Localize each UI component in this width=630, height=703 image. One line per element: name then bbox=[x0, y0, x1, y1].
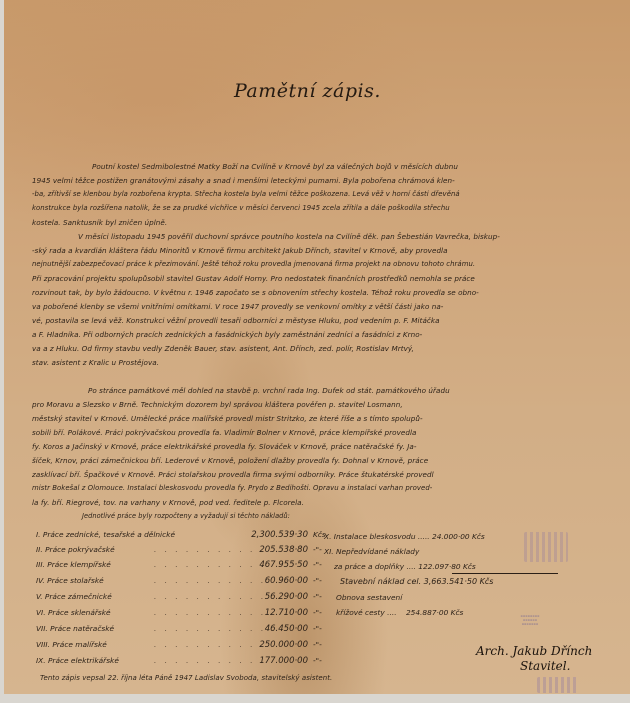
cost-row: X. Instalace bleskosvodu ..... 24.000·00… bbox=[324, 532, 485, 541]
document-paper: Pamětní zápis. Poutní kostel Sedmibolest… bbox=[4, 0, 630, 694]
extra-row: křížové cesty .... 254.887·00 Kčs bbox=[336, 608, 463, 617]
text-line: konstrukce byla rozšířena natolik, že se… bbox=[32, 204, 450, 212]
extra-currency: Kčs bbox=[451, 608, 464, 617]
text-line: mistr Bokešal z Olomouce. Instalaci bles… bbox=[32, 484, 432, 492]
cost-numeral: I. bbox=[36, 530, 41, 539]
cost-numeral: VII. bbox=[36, 624, 48, 633]
cost-currency: -"- bbox=[313, 592, 322, 601]
cost-numeral: VI. bbox=[36, 608, 46, 617]
text-line: fy. Koros a Jačinský v Krnově, práce ele… bbox=[32, 442, 417, 451]
total-row: Stavební náklad cel. 3,663.541·50 Kčs bbox=[340, 577, 493, 586]
cost-currency: Kčs bbox=[463, 562, 476, 571]
cost-amount: 2,300.539·30 bbox=[218, 530, 308, 540]
cost-numeral: IX. bbox=[36, 656, 46, 665]
cost-row: XI. Nepředvídané náklady bbox=[324, 547, 419, 556]
cost-amount: 205.538·80 bbox=[218, 545, 308, 555]
text-line: kostela. Sanktusník byl zničen úplně. bbox=[32, 218, 167, 227]
cost-currency: -"- bbox=[313, 608, 322, 617]
text-line: šíček, Krnov, práci zámečnickou bří. Led… bbox=[32, 456, 428, 465]
cost-currency: -"- bbox=[313, 576, 322, 585]
text-line: V měsíci listopadu 1945 pověřil duchovní… bbox=[78, 232, 500, 241]
extra-label: Obnova sestavení bbox=[336, 593, 402, 602]
cost-currency: -"- bbox=[313, 656, 322, 665]
leader-dots: ..... bbox=[418, 532, 430, 541]
text-line: la fy. bří. Riegrové, tov. na varhany v … bbox=[32, 498, 304, 507]
text-line: městský stavitel v Krnově. Umělecké prác… bbox=[32, 414, 423, 423]
text-line: Po stránce památkové měl dohled na stavb… bbox=[88, 386, 450, 395]
cost-label: Práce natěračské bbox=[50, 624, 114, 633]
cost-amount: 24.000·00 bbox=[432, 532, 470, 541]
text-line: nejnutnější zabezpečovací práce k přezim… bbox=[32, 260, 475, 268]
cost-label: Práce sklenářské bbox=[48, 608, 111, 617]
cost-currency: -"- bbox=[313, 640, 322, 649]
text-line: vé, postavila se levá věž. Konstrukci vě… bbox=[32, 316, 440, 325]
signature-name: Arch. Jakub Dřínch bbox=[476, 644, 592, 658]
cost-label: Práce stolařské bbox=[47, 576, 104, 585]
cost-label: Nepředvídané náklady bbox=[336, 547, 419, 556]
cost-list-left: I. Práce zednické, tesařské a dělnické 2… bbox=[36, 530, 336, 680]
extra-label: křížové cesty bbox=[336, 608, 385, 617]
cost-list-right: X. Instalace bleskosvodu ..... 24.000·00… bbox=[324, 530, 544, 620]
total-amount: 3,663.541·50 bbox=[424, 577, 477, 586]
text-line: -ba, zřítivší se klenbou byla rozbořena … bbox=[32, 190, 460, 198]
text-line: -ský rada a kvardián kláštera řádu Minor… bbox=[32, 246, 448, 255]
cost-numeral: III. bbox=[36, 560, 45, 569]
leader-dots: .... bbox=[387, 608, 396, 617]
signature-role: Stavitel. bbox=[520, 659, 570, 673]
cost-numeral: XI. bbox=[324, 547, 334, 556]
text-line: sobili bří. Polákové. Práci pokrývačskou… bbox=[32, 428, 417, 437]
faint-stamp bbox=[524, 532, 568, 562]
cost-label: Práce elektrikářské bbox=[48, 656, 119, 665]
cost-amount: 56.290·00 bbox=[218, 592, 308, 602]
cost-label: za práce a doplňky bbox=[334, 562, 404, 571]
cost-currency: -"- bbox=[313, 560, 322, 569]
cost-currency: Kčs bbox=[472, 532, 485, 541]
cost-label: Práce zámečnické bbox=[45, 592, 112, 601]
sum-underline bbox=[452, 573, 558, 574]
total-label: Stavební náklad cel. bbox=[340, 577, 421, 586]
text-line: Poutní kostel Sedmibolestné Matky Boží n… bbox=[92, 162, 458, 171]
extra-amount: 254.887·00 bbox=[406, 608, 448, 617]
text-line: stav. asistent z Kralic u Prostějova. bbox=[32, 358, 159, 367]
text-line: a F. Hladníka. Při odborných pracích zed… bbox=[32, 330, 422, 339]
text-line: 1945 velmi těžce postižen granátovými zá… bbox=[32, 176, 455, 185]
cost-amount: 177.000·00 bbox=[218, 656, 308, 666]
cost-amount: 250.000·00 bbox=[218, 640, 308, 650]
cost-currency: -"- bbox=[313, 624, 322, 633]
cost-label: Práce klempířské bbox=[47, 560, 111, 569]
cost-amount: 122.097·80 bbox=[418, 562, 460, 571]
document-title: Pamětní zápis. bbox=[234, 80, 381, 102]
text-line: Při zpracování projektu spolupůsobil sta… bbox=[32, 274, 475, 283]
text-line: rozvinout tak, by bylo žádoucno. V květn… bbox=[32, 288, 479, 297]
total-currency: Kčs bbox=[480, 577, 494, 586]
cost-currency: -"- bbox=[313, 545, 322, 554]
cost-numeral: X. bbox=[324, 532, 331, 541]
faint-stamp bbox=[537, 677, 579, 693]
cost-label: Práce malířské bbox=[52, 640, 107, 649]
text-line: Jednotlivé práce byly rozpočteny a vyžad… bbox=[82, 512, 290, 520]
footer-note: Tento zápis vepsal 22. října léta Páně 1… bbox=[40, 674, 332, 682]
cost-amount: 60.960·00 bbox=[218, 576, 308, 586]
cost-numeral: IV. bbox=[36, 576, 45, 585]
text-line: va a z Hluku. Od firmy stavbu vedly Zden… bbox=[32, 344, 414, 353]
faint-stamp-text: ▪▪▪▪▪▪▪▪▪▪▪▪▪▪▪▪▪▪▪▪▪ bbox=[500, 614, 560, 634]
leader-dots: .... bbox=[407, 562, 416, 571]
cost-amount: 467.955·50 bbox=[218, 560, 308, 570]
cost-numeral: V. bbox=[36, 592, 43, 601]
cost-amount: 46.450·00 bbox=[218, 624, 308, 634]
text-line: va pobořené klenby se všemi vnitřními om… bbox=[32, 302, 443, 311]
cost-numeral: II. bbox=[36, 545, 43, 554]
text-line: zasklívací bří. Špačkové v Krnově. Práci… bbox=[32, 470, 434, 479]
cost-amount: 12.710·00 bbox=[218, 608, 308, 618]
text-line: pro Moravu a Slezsko v Brně. Technickým … bbox=[32, 400, 403, 409]
cost-label: Práce zednické, tesařské a dělnické bbox=[43, 530, 175, 539]
cost-label: Instalace bleskosvodu bbox=[334, 532, 416, 541]
cost-row: za práce a doplňky .... 122.097·80 Kčs bbox=[334, 562, 476, 571]
cost-numeral: VIII. bbox=[36, 640, 50, 649]
cost-label: Práce pokrývačské bbox=[45, 545, 115, 554]
